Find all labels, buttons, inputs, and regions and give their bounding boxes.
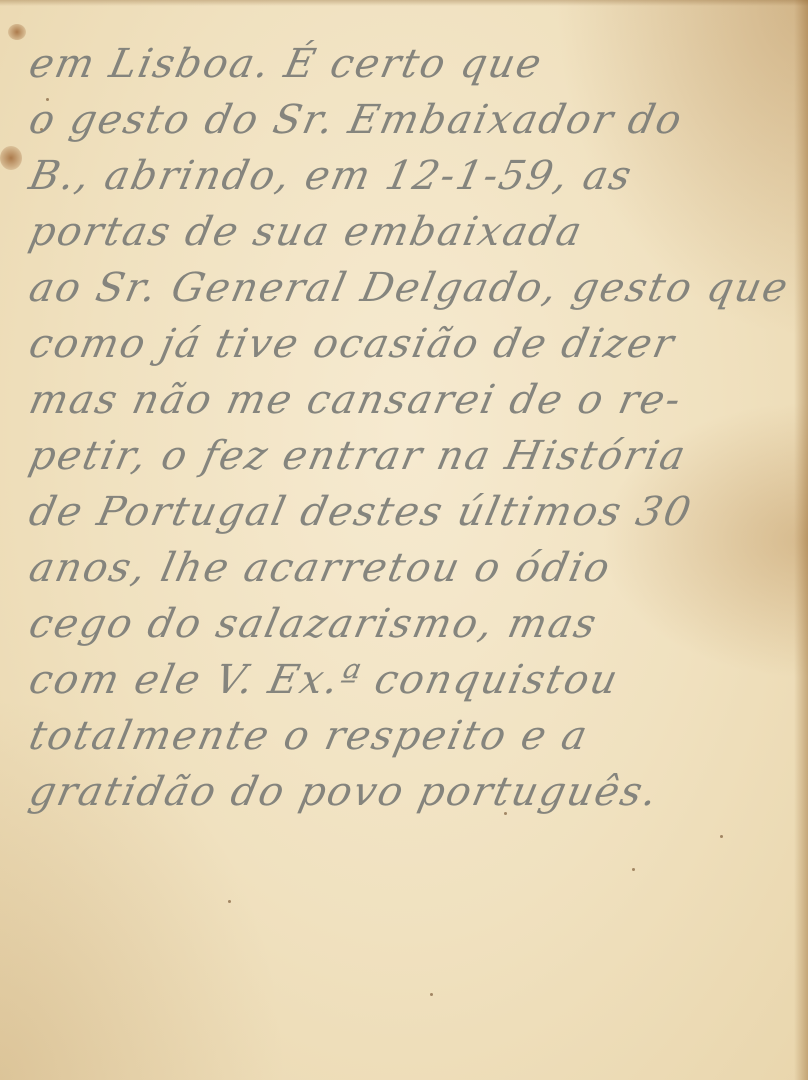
text-line-10: anos, lhe acarretou o ódio [24,540,806,596]
rust-stain [0,146,22,170]
text-line-9: de Portugal destes últimos 30 [24,484,806,540]
text-line-5: ao Sr. General Delgado, gesto que [24,260,806,316]
paper-fleck [228,900,231,903]
handwritten-text: em Lisboa. É certo que o gesto do Sr. Em… [30,36,800,820]
text-line-11: cego do salazarismo, mas [24,596,806,652]
text-line-3: B., abrindo, em 12-1-59, as [24,148,806,204]
text-line-8: petir, o fez entrar na História [24,428,806,484]
paper-fleck [632,868,635,871]
paper-edge-top [0,0,808,6]
text-line-2: o gesto do Sr. Embaixador do [24,92,806,148]
rust-stain [8,24,26,40]
text-line-6: como já tive ocasião de dizer [24,316,806,372]
text-line-13: totalmente o respeito e a [24,708,806,764]
paper-fleck [430,993,433,996]
text-line-7: mas não me cansarei de o re- [24,372,806,428]
paper-fleck [720,835,723,838]
text-line-4: portas de sua embaixada [24,204,806,260]
document-page: em Lisboa. É certo que o gesto do Sr. Em… [0,0,808,1080]
text-line-12: com ele V. Ex.ª conquistou [24,652,806,708]
text-line-1: em Lisboa. É certo que [24,36,806,92]
text-line-14: gratidão do povo português. [24,764,806,820]
